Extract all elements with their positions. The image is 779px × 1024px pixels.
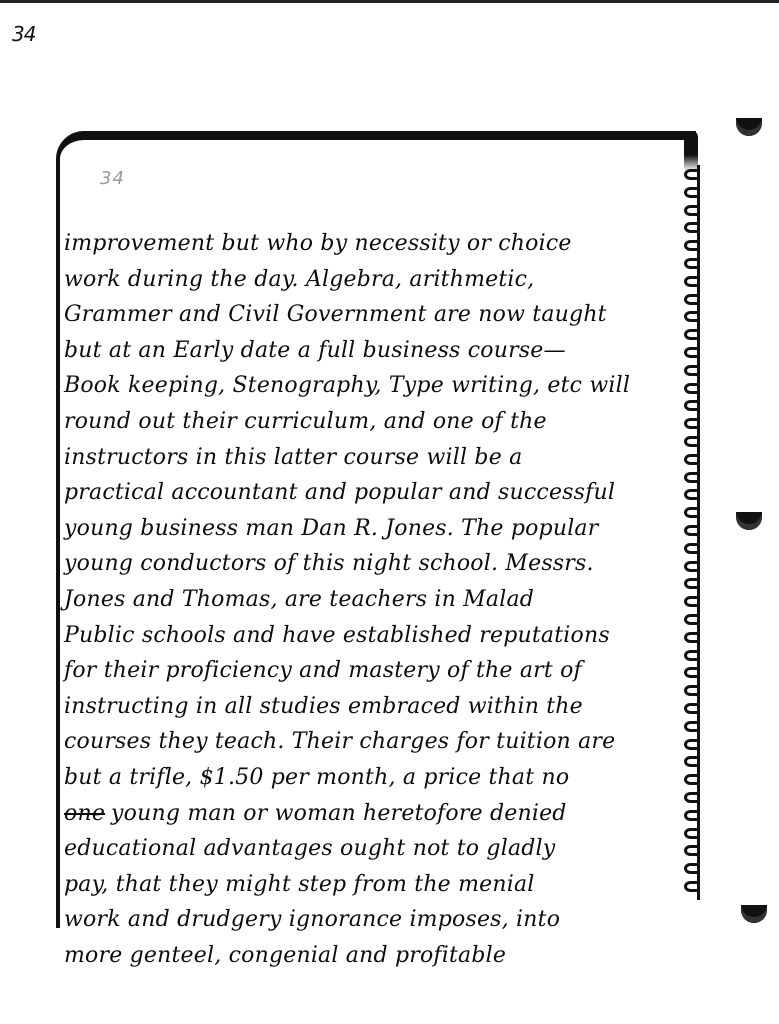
text-line: work and drudgery ignorance imposes, int… [64, 902, 684, 938]
text-line: more genteel, congenial and profitable [64, 938, 684, 974]
spiral-coil-icon [684, 739, 697, 750]
spiral-coil-icon [684, 810, 697, 821]
text-line: round out their curriculum, and one of t… [64, 404, 684, 440]
line-text: but a trifle, $1.50 per month, a price t… [64, 765, 569, 790]
spiral-coil-icon [684, 365, 697, 376]
spiral-coil-icon [684, 863, 697, 874]
spiral-coil-icon [684, 828, 697, 839]
spiral-coil-icon [684, 222, 697, 233]
text-line: work during the day. Algebra, arithmetic… [64, 262, 684, 298]
line-text: Public schools and have established repu… [64, 623, 610, 648]
line-text: work during the day. Algebra, arithmetic… [64, 267, 534, 292]
text-line: young conductors of this night school. M… [64, 546, 684, 582]
spiral-coil-icon [684, 792, 697, 803]
line-text: more genteel, congenial and profitable [64, 943, 506, 968]
line-text: young business man Dan R. Jones. The pop… [64, 516, 598, 541]
spiral-coil-icon [684, 561, 697, 572]
spiral-coil-icon [684, 721, 697, 732]
spiral-coil-icon [684, 276, 697, 287]
line-text: instructing in all studies embraced with… [64, 694, 583, 719]
spiral-coil-icon [684, 436, 697, 447]
spiral-coil-icon [684, 774, 697, 785]
spiral-coil-icon [684, 454, 697, 465]
text-line: Public schools and have established repu… [64, 618, 684, 654]
handwritten-text: improvement but who by necessity or choi… [64, 226, 684, 973]
text-line: courses they teach. Their charges for tu… [64, 724, 684, 760]
inner-page-number: 34 [100, 168, 125, 189]
spiral-coil-icon [684, 525, 697, 536]
spiral-coil-icon [684, 703, 697, 714]
spiral-coil-icon [684, 507, 697, 518]
line-text: young conductors of this night school. M… [64, 551, 594, 576]
scan-top-edge [0, 0, 779, 3]
line-text: educational advantages ought not to glad… [64, 836, 555, 861]
binder-hole-icon [736, 512, 762, 530]
text-line: practical accountant and popular and suc… [64, 475, 684, 511]
spiral-coil-icon [684, 578, 697, 589]
line-text: round out their curriculum, and one of t… [64, 409, 547, 434]
spiral-coil-icon [684, 632, 697, 643]
spiral-coil-icon [684, 205, 697, 216]
spiral-coil-icon [684, 472, 697, 483]
spiral-coil-icon [684, 489, 697, 500]
text-line: oneyoung man or woman heretofore denied [64, 796, 684, 832]
spiral-coil-icon [684, 383, 697, 394]
line-text: practical accountant and popular and suc… [64, 480, 615, 505]
text-line: pay, that they might step from the menia… [64, 867, 684, 903]
spiral-coil-icon [684, 329, 697, 340]
line-text: but at an Early date a full business cou… [64, 338, 566, 363]
text-line: Jones and Thomas, are teachers in Malad [64, 582, 684, 618]
spiral-coil-icon [684, 667, 697, 678]
line-text: improvement but who by necessity or choi… [64, 231, 572, 256]
spiral-coil-icon [684, 756, 697, 767]
spiral-coil-icon [684, 311, 697, 322]
text-line: but a trifle, $1.50 per month, a price t… [64, 760, 684, 796]
spiral-coil-icon [684, 614, 697, 625]
line-text: young man or woman heretofore denied [111, 801, 567, 826]
text-line: for their proficiency and mastery of the… [64, 653, 684, 689]
text-line: instructors in this latter course will b… [64, 440, 684, 476]
spiral-coil-icon [684, 881, 697, 892]
line-text: courses they teach. Their charges for tu… [64, 729, 615, 754]
binder-hole-icon [741, 905, 767, 923]
text-line: educational advantages ought not to glad… [64, 831, 684, 867]
corner-page-number: 34 [12, 22, 35, 46]
spiral-coil-icon [684, 418, 697, 429]
line-text: pay, that they might step from the menia… [64, 872, 535, 897]
spiral-coil-icon [684, 845, 697, 856]
spiral-coil-icon [684, 258, 697, 269]
spiral-coil-icon [684, 294, 697, 305]
text-line: Grammer and Civil Government are now tau… [64, 297, 684, 333]
spiral-binding [684, 165, 700, 900]
spiral-coil-icon [684, 187, 697, 198]
spiral-coil-icon [684, 240, 697, 251]
spiral-coil-icon [684, 596, 697, 607]
spiral-coil-icon [684, 400, 697, 411]
text-line: improvement but who by necessity or choi… [64, 226, 684, 262]
line-text: Jones and Thomas, are teachers in Malad [64, 587, 534, 612]
text-line: but at an Early date a full business cou… [64, 333, 684, 369]
spiral-coil-icon [684, 347, 697, 358]
line-text: Book keeping, Stenography, Type writing,… [64, 373, 630, 398]
spiral-coil-icon [684, 650, 697, 661]
line-text: instructors in this latter course will b… [64, 445, 522, 470]
line-text: Grammer and Civil Government are now tau… [64, 302, 607, 327]
line-text: work and drudgery ignorance imposes, int… [64, 907, 560, 932]
spiral-coil-icon [684, 169, 697, 180]
spiral-coil-icon [684, 543, 697, 554]
line-text: for their proficiency and mastery of the… [64, 658, 582, 683]
struck-word: one [64, 801, 105, 826]
text-line: young business man Dan R. Jones. The pop… [64, 511, 684, 547]
binder-hole-icon [736, 118, 762, 136]
spiral-coil-icon [684, 685, 697, 696]
text-line: instructing in all studies embraced with… [64, 689, 684, 725]
text-line: Book keeping, Stenography, Type writing,… [64, 368, 684, 404]
